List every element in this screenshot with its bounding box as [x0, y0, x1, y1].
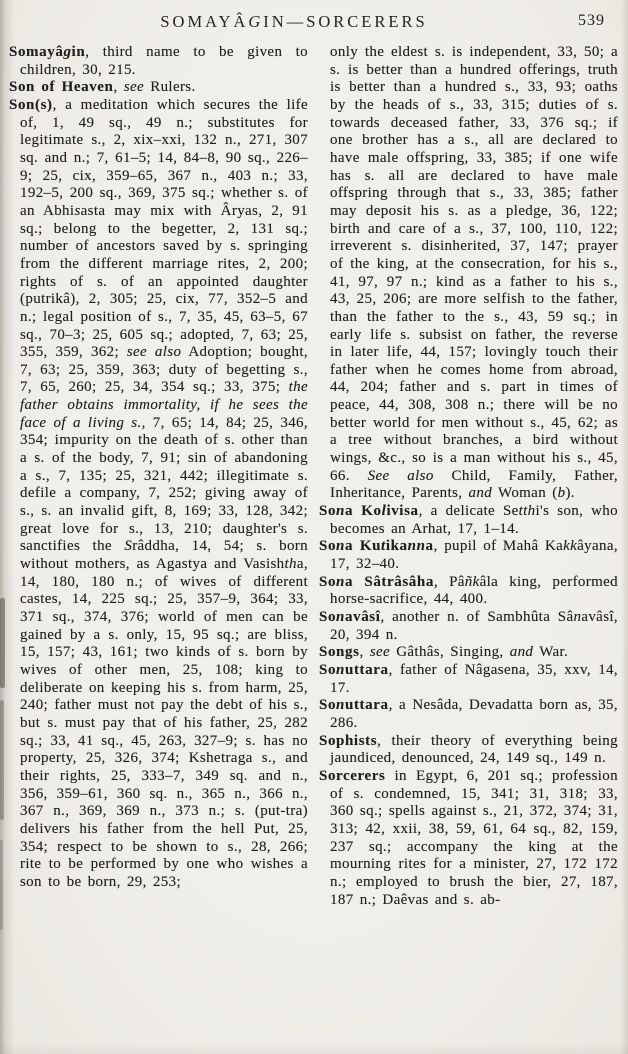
index-entry: Songs, see Gâthâs, Singing, and War.	[319, 644, 618, 662]
text-segment: Sophists	[319, 733, 377, 749]
text-segment: ivisa	[386, 503, 418, 519]
index-entry: Sona Sâtrâsâha, Pâñkâla king, performed …	[319, 574, 618, 609]
page-title: SOMAYÂGIN—SORCERERS	[9, 12, 579, 32]
text-segment: and	[469, 485, 493, 501]
index-entry: Sonavâsî, another n. of Sambhûta Sânavâs…	[319, 609, 618, 644]
text-segment: tth	[519, 503, 536, 519]
text-segment: asta may mix with Âryas, 2, 91 sq.; belo…	[20, 203, 308, 360]
index-entry: Sonuttara, a Nesâda, Devadatta born as, …	[319, 697, 618, 732]
text-segment: War.	[533, 644, 568, 660]
text-segment: Rulers.	[144, 79, 196, 95]
text-segment: n	[336, 503, 345, 519]
scan-gutter-streak	[0, 700, 4, 820]
text-segment: G	[248, 12, 263, 31]
text-segment: IN—SORCERERS	[263, 12, 427, 31]
index-entry-continuation: only the eldest s. is independent, 33, 5…	[319, 44, 618, 503]
index-entry: Son(s), a meditation which secures the l…	[9, 97, 308, 892]
text-segment: ,	[360, 644, 370, 660]
text-segment: see	[370, 644, 390, 660]
page-header: SOMAYÂGIN—SORCERERS 539	[9, 12, 619, 36]
text-segment: and	[510, 644, 534, 660]
index-entry: Sophists, their theory of everything bei…	[319, 733, 618, 768]
text-segment: ).	[565, 485, 574, 501]
page-number: 539	[578, 12, 605, 30]
text-segment: Son of Heaven	[9, 79, 114, 95]
text-segment: a	[426, 538, 434, 554]
text-segment: ñk	[465, 574, 480, 590]
text-segment: , a meditation which secures the life of…	[20, 97, 308, 219]
text-segment: , Pâ	[434, 574, 465, 590]
text-segment: ,	[114, 79, 124, 95]
text-segment: avâsî	[345, 609, 381, 625]
text-segment: nn	[408, 538, 426, 554]
scan-gutter-streak	[0, 840, 3, 930]
text-segment: uttara	[345, 697, 389, 713]
text-segment: S	[124, 538, 132, 554]
text-segment: , another n. of Sambhûta Sâ	[381, 609, 574, 625]
text-segment: g	[63, 44, 71, 60]
text-segment: a Ko	[345, 503, 382, 519]
text-segment: Sorcerers	[319, 768, 385, 784]
text-segment: in	[72, 44, 86, 60]
scanned-book-page: { "header": { "title_segments": [ {"t": …	[0, 0, 628, 1054]
index-entry: Sorcerers in Egypt, 6, 201 sq.; professi…	[319, 768, 618, 909]
index-entry: Somayâgin, third name to be given to chi…	[9, 44, 308, 79]
text-segment: a Sâtrâsâha	[345, 574, 434, 590]
scan-gutter-streak	[0, 598, 5, 688]
text-segment: n	[336, 697, 345, 713]
text-segment: Son(s)	[9, 97, 53, 113]
text-segment: , pupil of Mahâ Ka	[434, 538, 564, 554]
index-entry: Sona Kutikanna, pupil of Mahâ Kakkâyana,…	[319, 538, 618, 573]
text-segment: See also	[368, 468, 434, 484]
text-segment: in Egypt, 6, 201 sq.; profession of s. c…	[330, 768, 618, 908]
text-segment: SOMAYÂ	[160, 12, 248, 31]
text-segment: , 7, 65; 14, 84; 25, 346, 354; impurity …	[20, 415, 308, 555]
text-segment: n	[336, 662, 345, 678]
text-segment: a, 14, 180, 180 n.; of wives of differen…	[20, 556, 308, 890]
text-segment: only the eldest s. is independent, 33, 5…	[330, 44, 618, 484]
text-segment: uttara	[345, 662, 389, 678]
text-segment: , a delicate Se	[419, 503, 519, 519]
text-segment: Songs	[319, 644, 360, 660]
index-entry: Son of Heaven, see Rulers.	[9, 79, 308, 97]
text-segment: So	[319, 662, 336, 678]
text-segment: n	[336, 609, 345, 625]
text-segment: So	[319, 574, 336, 590]
text-segment: So	[319, 503, 336, 519]
text-segment: n	[336, 574, 345, 590]
text-segment: Somayâ	[9, 44, 63, 60]
text-segment: a Ku	[345, 538, 381, 554]
index-entry: Sona Kolivisa, a delicate Setthi's son, …	[319, 503, 618, 538]
text-segment: kk	[563, 538, 577, 554]
text-segment: Woman (	[492, 485, 558, 501]
text-segment: So	[319, 609, 336, 625]
text-segment: Gâthâs, Singing,	[390, 644, 510, 660]
text-segment: So	[319, 538, 336, 554]
book-page: SOMAYÂGIN—SORCERERS 539 Somayâgin, third…	[0, 0, 628, 1054]
text-segment: th	[285, 556, 297, 572]
text-segment: ika	[386, 538, 408, 554]
text-segment: see	[124, 79, 144, 95]
column-right: only the eldest s. is independent, 33, 5…	[319, 44, 618, 1042]
index-entry: Sonuttara, father of Nâgasena, 35, xxv, …	[319, 662, 618, 697]
text-columns: Somayâgin, third name to be given to chi…	[9, 44, 619, 1042]
column-left: Somayâgin, third name to be given to chi…	[9, 44, 308, 1042]
text-segment: see also	[127, 344, 181, 360]
text-segment: So	[319, 697, 336, 713]
text-segment: n	[336, 538, 345, 554]
